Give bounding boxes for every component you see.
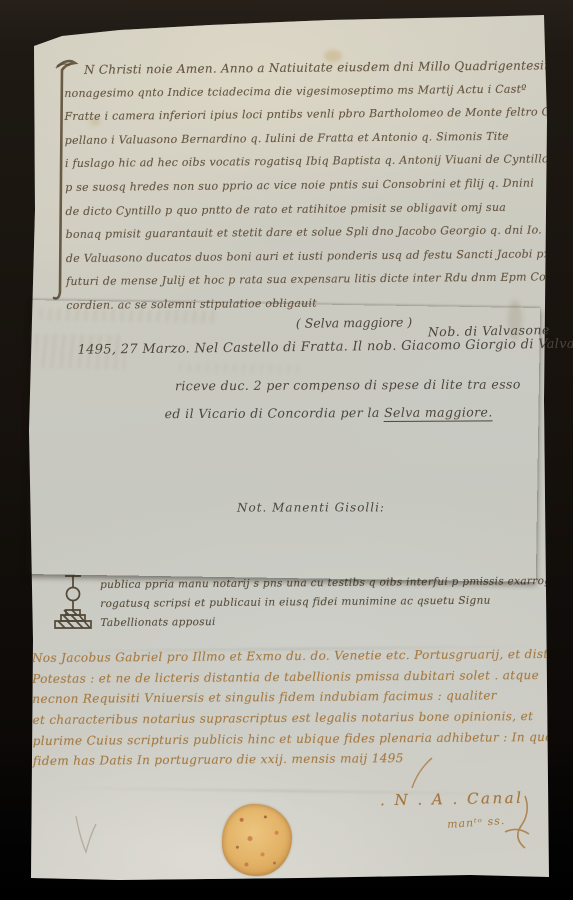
authentication-text: Nos Jacobus Gabriel pro Illmo et Exmo du… (32, 647, 573, 775)
note-heading-parenthetical: ( Selva maggiore ) (296, 314, 413, 330)
note-line-3: ed il Vicario di Concordia per la Selva … (165, 404, 493, 421)
show-through-smudge (40, 308, 220, 323)
auth-text-line: fidem has Datis In portugruaro die xxij.… (33, 750, 573, 775)
archival-note-slip: ( Selva maggiore ) Nob. di Valvasone 149… (26, 300, 540, 582)
notary-signum-icon (50, 572, 96, 638)
note-notary-signature: Not. Manenti Gisolli: (237, 500, 385, 514)
note-line-3-prefix: ed il Vicario di Concordia per la (165, 405, 385, 421)
latin-act-text: N Christi noie Amen. Anno a Natiuitate e… (64, 58, 552, 322)
signature-flourish (495, 792, 535, 852)
show-through-smudge (179, 362, 299, 374)
date-line-flourish (408, 756, 438, 790)
wax-seal (222, 804, 292, 876)
note-line-2: riceve duc. 2 per compenso di spese di l… (175, 376, 521, 393)
closing-text-line: Tabellionats apposui (100, 613, 568, 636)
note-line-3-underlined: Selva maggiore. (384, 404, 493, 422)
note-line-date: 1495, 27 Marzo. Nel Castello di Fratta. … (78, 336, 573, 357)
document-photo-stage: N Christi noie Amen. Anno a Natiuitate e… (0, 0, 573, 900)
margin-mark (70, 812, 100, 856)
notarial-closing-text: publica ppria manu notarij s pns una cu … (100, 575, 568, 635)
